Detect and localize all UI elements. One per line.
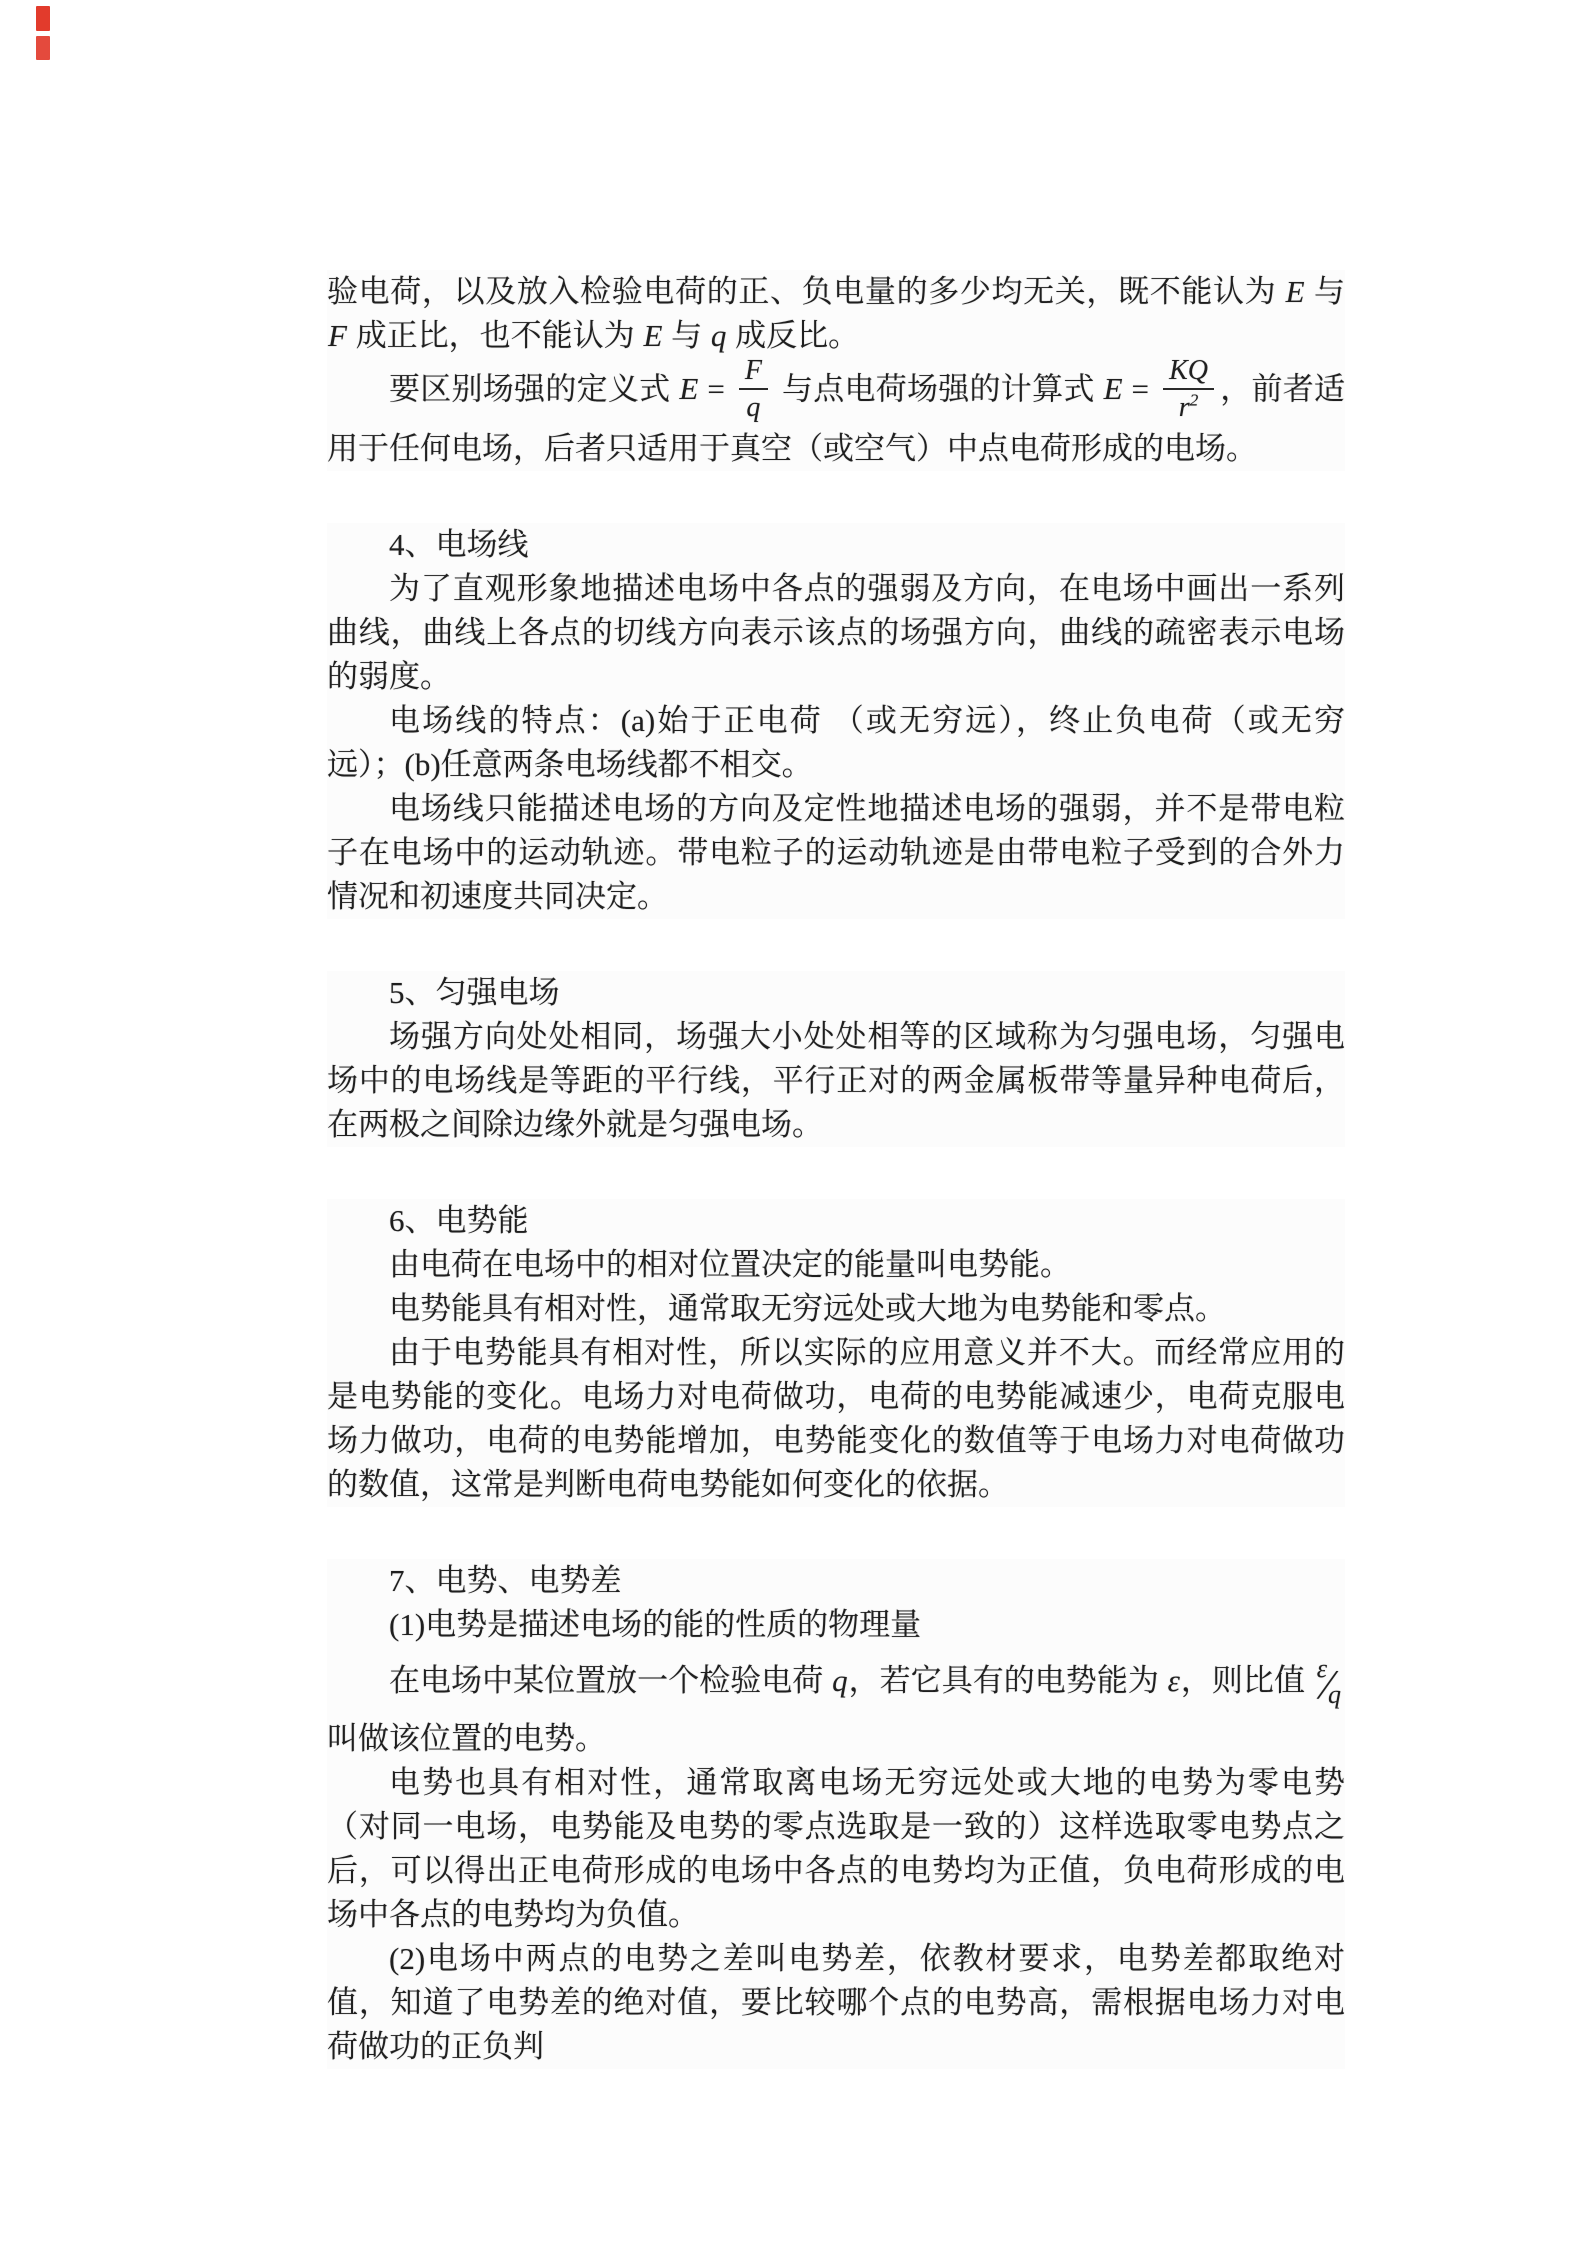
- math-slant-fraction: ε⁄q: [1317, 1647, 1341, 1717]
- section-heading: 5、匀强电场: [327, 971, 1345, 1015]
- section-heading: 7、电势、电势差: [327, 1559, 1345, 1603]
- red-pen-mark: [36, 6, 50, 31]
- text-column: 验电荷，以及放入检验电荷的正、负电量的多少均无关，既不能认为 E 与 F 成正比…: [327, 270, 1345, 2069]
- paragraph: 电场线的特点：(a)始于正电荷 （或无穷远），终止负电荷（或无穷远）；(b)任意…: [327, 699, 1345, 787]
- document-page: 验电荷，以及放入检验电荷的正、负电量的多少均无关，既不能认为 E 与 F 成正比…: [0, 0, 1587, 2245]
- math-variable: q: [831, 1663, 849, 1698]
- paragraph: 验电荷，以及放入检验电荷的正、负电量的多少均无关，既不能认为 E 与 F 成正比…: [327, 270, 1345, 358]
- math-variable: E: [678, 371, 699, 406]
- section-heading: 4、电场线: [327, 523, 1345, 567]
- math-variable: E: [1103, 371, 1124, 406]
- math-variable: E: [1285, 274, 1306, 309]
- paragraph: 在电场中某位置放一个检验电荷 q，若它具有的电势能为 ε，则比值 ε⁄q 叫做该…: [327, 1647, 1345, 1761]
- paragraph: 电势能具有相对性，通常取无穷远处或大地为电势能和零点。: [327, 1287, 1345, 1331]
- math-variable: q: [710, 318, 728, 353]
- paragraph: 电势也具有相对性，通常取离电场无穷远处或大地的电势为零电势（对同一电场，电势能及…: [327, 1761, 1345, 1937]
- paragraph: 场强方向处处相同，场强大小处处相等的区域称为匀强电场，匀强电场中的电场线是等距的…: [327, 1015, 1345, 1147]
- math-variable: E: [642, 318, 663, 353]
- paragraph: 电场线只能描述电场的方向及定性地描述电场的强弱，并不是带电粒子在电场中的运动轨迹…: [327, 787, 1345, 919]
- paragraph: (1)电势是描述电场的能的性质的物理量: [327, 1603, 1345, 1647]
- math-fraction: Fq: [739, 355, 768, 424]
- paragraph: 为了直观形象地描述电场中各点的强弱及方向，在电场中画出一系列曲线，曲线上各点的切…: [327, 567, 1345, 699]
- paragraph: (2)电场中两点的电势之差叫电势差，依教材要求，电势差都取绝对值，知道了电势差的…: [327, 1937, 1345, 2069]
- paragraph: 由于电势能具有相对性，所以实际的应用意义并不大。而经常应用的是电势能的变化。电场…: [327, 1331, 1345, 1507]
- math-fraction: KQr2: [1163, 355, 1214, 424]
- math-variable: ε: [1167, 1663, 1181, 1698]
- red-pen-mark: [36, 36, 50, 60]
- paragraph: 由电荷在电场中的相对位置决定的能量叫电势能。: [327, 1243, 1345, 1287]
- paragraph: 要区别场强的定义式 E = Fq 与点电荷场强的计算式 E = KQr2，前者适…: [327, 358, 1345, 471]
- section-heading: 6、电势能: [327, 1199, 1345, 1243]
- math-variable: F: [327, 318, 348, 353]
